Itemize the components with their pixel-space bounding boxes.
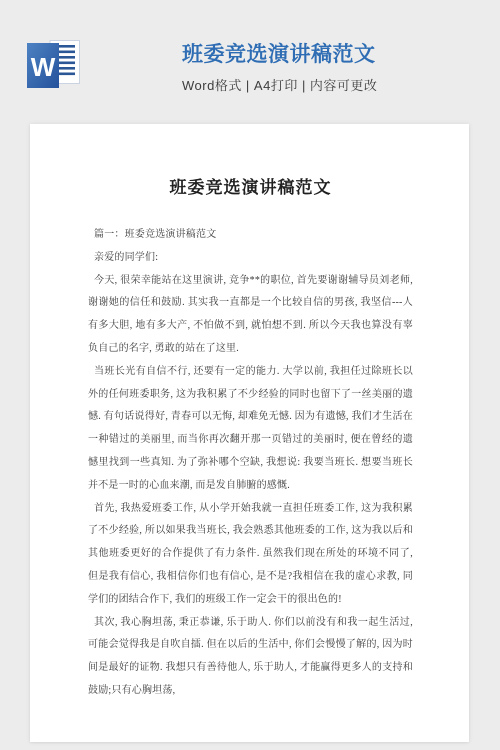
page-subtitle: Word格式 | A4打印 | 内容可更改 <box>182 75 377 94</box>
doc-paragraph: 首先, 我热爱班委工作, 从小学开始我就一直担任班委工作, 这为我积累了不少经验… <box>88 498 413 612</box>
doc-paragraph: 亲爱的同学们: <box>88 247 413 270</box>
doc-paragraph: 今天, 很荣幸能站在这里演讲, 竞争**的职位, 首先要谢谢辅导员刘老师, 谢谢… <box>88 270 413 361</box>
doc-paragraph: 篇一：班委竞选演讲稿范文 <box>88 224 413 247</box>
doc-paragraph: 其次, 我心胸坦荡, 秉正恭谦, 乐于助人. 你们以前没有和我一起生活过, 可能… <box>88 612 413 703</box>
document-title: 班委竞选演讲稿范文 <box>88 176 413 200</box>
page-title: 班委竞选演讲稿范文 <box>182 42 377 68</box>
word-icon: W <box>27 39 81 90</box>
document-page-inner: 班委竞选演讲稿范文 篇一：班委竞选演讲稿范文亲爱的同学们:今天, 很荣幸能站在这… <box>30 124 469 703</box>
doc-paragraphs: 篇一：班委竞选演讲稿范文亲爱的同学们:今天, 很荣幸能站在这里演讲, 竞争**的… <box>88 224 413 703</box>
header-text: 班委竞选演讲稿范文 Word格式 | A4打印 | 内容可更改 <box>182 42 377 94</box>
header: W 班委竞选演讲稿范文 Word格式 | A4打印 | 内容可更改 <box>0 0 500 124</box>
document-page: 班委竞选演讲稿范文 篇一：班委竞选演讲稿范文亲爱的同学们:今天, 很荣幸能站在这… <box>30 124 469 742</box>
word-icon-letter: W <box>31 52 56 82</box>
doc-paragraph: 当班长光有自信不行, 还要有一定的能力. 大学以前, 我担任过除班长以外的任何班… <box>88 361 413 498</box>
